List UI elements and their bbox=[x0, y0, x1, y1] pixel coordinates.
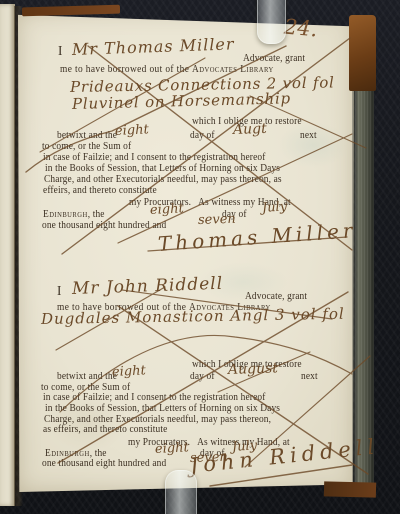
leather-binding-top-left bbox=[22, 5, 120, 17]
entry2-next: next bbox=[301, 371, 318, 382]
photographed-register-page: 24. I Mr Thomas Miller Advocate, grant m… bbox=[0, 0, 400, 514]
entry1-pronoun: I bbox=[58, 46, 63, 57]
entry1-sum-line: to come, or the Sum of bbox=[42, 141, 131, 152]
entry2-return-month: August bbox=[228, 361, 278, 377]
entry1-session-line: in the Books of Session, that Letters of… bbox=[45, 163, 280, 174]
page-weight-top bbox=[257, 0, 286, 44]
page-stain bbox=[278, 122, 348, 168]
entry1-next: next bbox=[300, 130, 317, 141]
entry2-pronoun: I bbox=[57, 286, 62, 297]
entry1-borrowed-line: me to have borrowed out of the Advocates… bbox=[60, 64, 274, 75]
entry2-advocate-grant: Advocate, grant bbox=[245, 291, 307, 302]
entry1-effeirs-line: effeirs, and thereto constitute bbox=[43, 185, 157, 196]
entry2-year-line: one thousand eight hundred and bbox=[42, 458, 166, 469]
entry1-return-day: eight bbox=[115, 123, 149, 138]
entry1-year-line: one thousand eight hundred and bbox=[42, 220, 166, 231]
entry1-signed-month: July bbox=[262, 200, 288, 215]
entry2-day-of: day of bbox=[190, 371, 215, 382]
entry2-signed-day: eight bbox=[155, 441, 189, 456]
leather-binding-corner-top bbox=[349, 15, 376, 91]
entry1-day-of: day of bbox=[190, 130, 215, 141]
entry2-failzie-line: in case of Failzie; and I consent to the… bbox=[43, 392, 266, 403]
entry1-library-name: Advocates Library bbox=[192, 64, 274, 75]
entry1-signed-day: eight bbox=[150, 202, 184, 217]
entry1-betwixt: betwixt and the bbox=[57, 130, 117, 141]
page-number: 24. bbox=[283, 15, 318, 42]
facing-page-edge bbox=[0, 4, 15, 506]
entry1-advocate-grant: Advocate, grant bbox=[243, 53, 305, 64]
entry1-charge-line: Charge, and other Executorials needful, … bbox=[44, 174, 282, 185]
entry1-edinburgh-line: Edinburgh, the bbox=[43, 209, 105, 220]
leather-binding-corner-bottom bbox=[324, 481, 376, 497]
entry1-edinburgh-rest: , the bbox=[88, 209, 105, 220]
entry2-session-line: in the Books of Session, that Letters of… bbox=[45, 403, 280, 414]
entry1-return-month: Augt bbox=[233, 122, 267, 137]
entry1-year-word: seven bbox=[198, 213, 236, 227]
entry2-return-day: eight bbox=[112, 364, 146, 379]
entry1-borrowed-pre: me to have borrowed out of the bbox=[60, 64, 192, 75]
entry1-edinburgh: Edinburgh bbox=[43, 209, 88, 220]
entry2-effeirs-line: as effeirs, and thereto constitute bbox=[43, 424, 167, 435]
entry1-failzie-line: in case of Failzie; and I consent to the… bbox=[43, 152, 266, 163]
page-weight-bottom bbox=[165, 470, 197, 514]
entry2-betwixt: betwixt and the bbox=[57, 371, 117, 382]
